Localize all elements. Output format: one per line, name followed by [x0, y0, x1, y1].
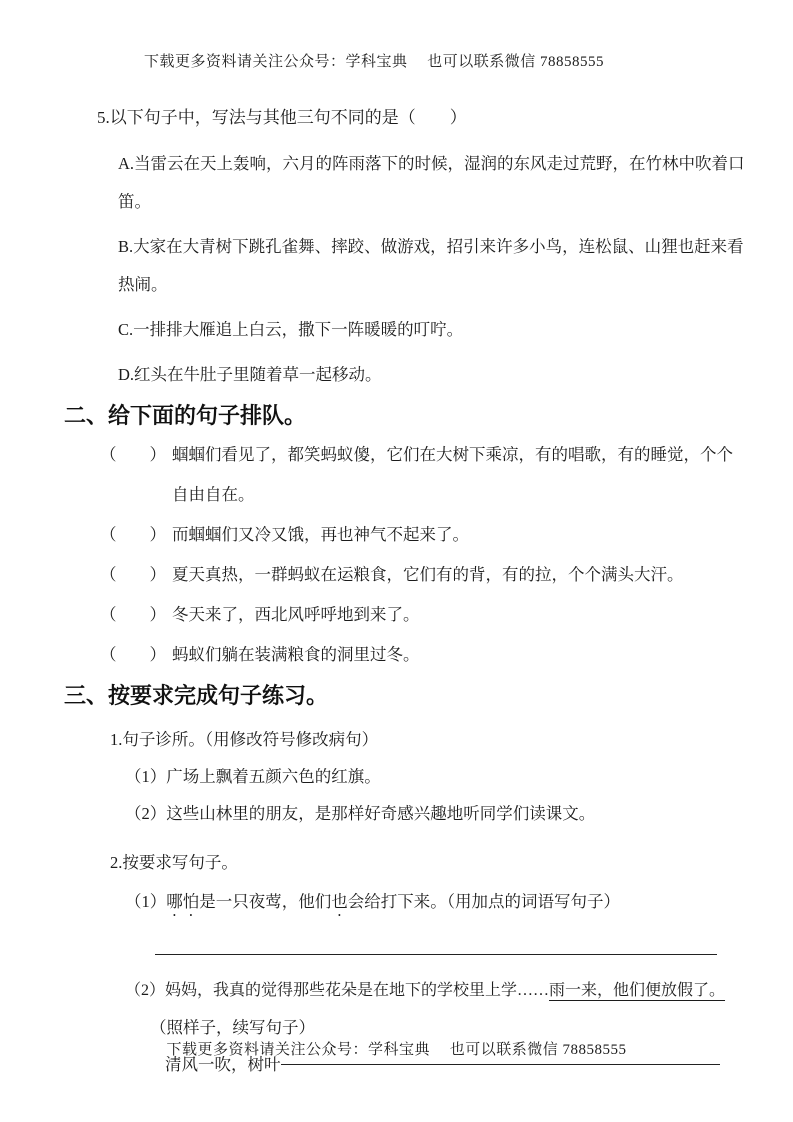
list-item: （ ） 蝈蝈们看见了，都笑蚂蚁傻，它们在大树下乘凉，有的唱歌，有的睡觉，个个自由… — [100, 435, 748, 515]
exercise-2-item-1: （1）哪怕是一只夜莺，他们也会给打下来。（用加点的词语写句子） — [125, 883, 748, 920]
answer-bracket: （ ） — [100, 595, 172, 635]
sentence-text: 蚂蚁们躺在装满粮食的洞里过冬。 — [172, 635, 748, 675]
exercise-2-label: 2.按要求写句子。 — [110, 844, 748, 881]
sentence-ordering-list: （ ） 蝈蝈们看见了，都笑蚂蚁傻，它们在大树下乘凉，有的唱歌，有的睡觉，个个自由… — [0, 435, 748, 675]
sentence-text: 冬天来了，西北风呼呼地到来了。 — [172, 595, 748, 635]
worksheet-page: 下载更多资料请关注公众号：学科宝典 也可以联系微信 78858555 5.以下句… — [0, 0, 793, 1122]
list-item: （ ） 而蝈蝈们又冷又饿，再也神气不起来了。 — [100, 515, 748, 555]
header-note: 下载更多资料请关注公众号：学科宝典 也可以联系微信 78858555 — [0, 0, 748, 71]
option-d: D.红头在牛肚子里随着草一起移动。 — [118, 356, 748, 394]
answer-bracket: （ ） — [100, 515, 172, 555]
section-two-title: 二、给下面的句子排队。 — [64, 401, 748, 431]
list-item: （ ） 冬天来了，西北风呼呼地到来了。 — [100, 595, 748, 635]
question-5-stem: 5.以下句子中，写法与其他三句不同的是（ ） — [97, 99, 748, 137]
exercise-1-label: 1.句子诊所。（用修改符号修改病句） — [110, 721, 748, 758]
footer-note: 下载更多资料请关注公众号：学科宝典 也可以联系微信 78858555 — [0, 1038, 793, 1059]
answer-bracket: （ ） — [100, 555, 172, 595]
exercise-1-item-2: （2）这些山林里的朋友，是那样好奇感兴趣地听同学们读课文。 — [125, 795, 748, 832]
item-prefix: （1） — [125, 892, 166, 911]
item-text: 是一只夜莺，他们 — [199, 892, 331, 911]
emphasized-word: 哪怕 — [166, 892, 199, 911]
answer-bracket: （ ） — [100, 635, 172, 675]
option-c: C.一排排大雁追上白云，撒下一阵暖暖的叮咛。 — [118, 311, 748, 349]
section-three-title: 三、按要求完成句子练习。 — [64, 681, 748, 711]
list-item: （ ） 蚂蚁们躺在装满粮食的洞里过冬。 — [100, 635, 748, 675]
option-b: B.大家在大青树下跳孔雀舞、摔跤、做游戏，招引来许多小鸟，连松鼠、山狸也赶来看热… — [118, 228, 748, 304]
underlined-example: 雨一来，他们便放假了。 — [549, 982, 725, 999]
item-text: （2）妈妈，我真的觉得那些花朵是在地下的学校里上学…… — [125, 982, 549, 999]
sentence-text: 蝈蝈们看见了，都笑蚂蚁傻，它们在大树下乘凉，有的唱歌，有的睡觉，个个自由自在。 — [172, 435, 748, 515]
item-text: 会给打下来。（用加点的词语写句子） — [348, 892, 620, 911]
sentence-text: 而蝈蝈们又冷又饿，再也神气不起来了。 — [172, 515, 748, 555]
emphasized-word: 也 — [331, 892, 348, 911]
exercise-2-item-2: （2）妈妈，我真的觉得那些花朵是在地下的学校里上学……雨一来，他们便放假了。 — [125, 972, 748, 1009]
list-item: （ ） 夏天真热，一群蚂蚁在运粮食，它们有的背，有的拉，个个满头大汗。 — [100, 555, 748, 595]
exercise-1-item-1: （1）广场上飘着五颜六色的红旗。 — [125, 758, 748, 795]
answer-bracket: （ ） — [100, 435, 172, 515]
option-a: A.当雷云在天上轰响，六月的阵雨落下的时候，湿润的东风走过荒野，在竹林中吹着口笛… — [118, 145, 748, 221]
sentence-text: 夏天真热，一群蚂蚁在运粮食，它们有的背，有的拉，个个满头大汗。 — [172, 555, 748, 595]
answer-blank-line — [281, 1064, 721, 1065]
question-5-options: A.当雷云在天上轰响，六月的阵雨落下的时候，湿润的东风走过荒野，在竹林中吹着口笛… — [0, 145, 748, 394]
